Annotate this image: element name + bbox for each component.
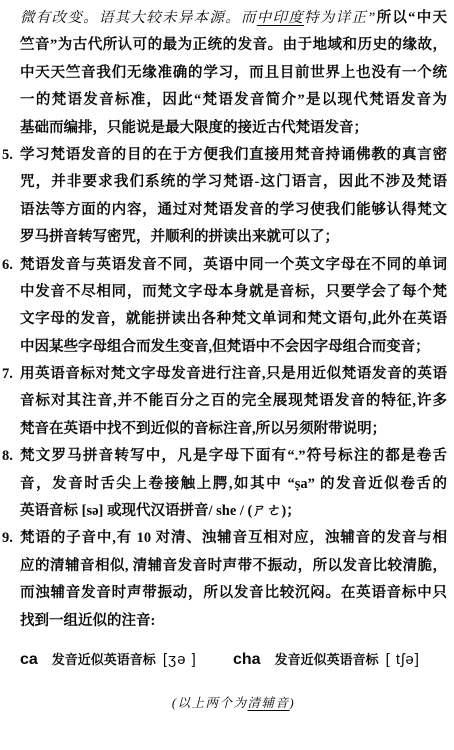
text-line: 用英语音标对梵文字母发音进行注音,只是用近似梵语发音的英语: [20, 361, 447, 388]
list-item-number: 9.: [2, 525, 13, 552]
list-item-number: 5.: [2, 142, 13, 169]
text-line: 文字母的发音，就能拼读出各种梵文单词和梵文语句,此外在英语: [20, 306, 447, 333]
numbered-list: 5.学习梵语发音的目的在于方便我们直接用梵音持诵佛教的真言密咒，并非要求我们系统…: [20, 142, 447, 635]
list-item: 6.梵语发音与英语发音不同，英语中同一个英文字母在不同的单词中发音不尽相同，而梵…: [20, 252, 447, 362]
phonetic-label: 发音近似英语音标: [52, 652, 156, 667]
text-line: 梵语的子音中,有 10 对清、浊辅音互相对应，浊辅音的发音与相: [20, 525, 447, 552]
list-item: 7.用英语音标对梵文字母发音进行注音,只是用近似梵语发音的英语音标对其注音,并不…: [20, 361, 447, 443]
footnote-underlined-term: 清辅音: [247, 696, 289, 710]
phonetic-label: 发音近似英语音标: [275, 652, 379, 667]
list-item-text: 梵文罗马拼音转写中，凡是字母下面有“.”符号标注的都是卷舌音，发音时舌尖上卷接触…: [20, 443, 447, 525]
list-item-number: 6.: [2, 252, 13, 279]
list-item-text: 用英语音标对梵文字母发音进行注音,只是用近似梵语发音的英语音标对其注音,并不能百…: [20, 361, 447, 443]
ipa-value-cha: [ tʃə]: [386, 651, 420, 668]
ipa-value-ca: [ʒə ]: [163, 651, 197, 668]
text-line: 梵音在英语中找不到近似的音标注音,所以另须附带说明；: [20, 416, 447, 443]
text-line: 而浊辅音发音时声带振动，所以发音比较沉闷。在英语音标中只: [20, 580, 447, 607]
list-item-number: 8.: [2, 443, 13, 470]
text-line: 一的梵语发音标准，因此“梵语发音简介”是以现代梵语发音为: [20, 87, 447, 114]
phonetic-examples-row: ca发音近似英语音标[ʒə ] cha发音近似英语音标[ tʃə]: [20, 649, 447, 669]
kai-underlined-term: 中印度: [257, 10, 304, 26]
text-line: 学习梵语发音的目的在于方便我们直接用梵音持诵佛教的真言密: [20, 142, 447, 169]
text-line: 英语音标 [sə] 或现代汉语拼音/ she / (ㄕㄜ)；: [20, 498, 447, 525]
intro-paragraph: 微有改变。语其大较未异本源。而中印度特为详正”所以“中天 竺音”为古代所认可的最…: [20, 5, 447, 142]
list-item-text: 学习梵语发音的目的在于方便我们直接用梵音持诵佛教的真言密咒，并非要求我们系统的学…: [20, 142, 447, 252]
text-line: 应的清辅音相似, 清辅音发音时声带不振动，所以发音比较清脆，: [20, 553, 447, 580]
list-item: 9.梵语的子音中,有 10 对清、浊辅音互相对应，浊辅音的发音与相应的清辅音相似…: [20, 525, 447, 635]
text-line: 语法等方面的内容，通过对梵语发音的学习使我们能够认得梵文: [20, 197, 447, 224]
text-line: 咒，并非要求我们系统的学习梵语-这门语言，因此不涉及梵语: [20, 169, 447, 196]
body-text-start: 所以“中天: [375, 10, 447, 26]
text-line: 梵语发音与英语发音不同，英语中同一个英文字母在不同的单词: [20, 252, 447, 279]
kai-quote-text: 微有改变。语其大较未异本源。而: [20, 10, 257, 26]
footnote-suffix: ): [290, 696, 296, 710]
phonetic-example-cha: cha发音近似英语音标[ tʃə]: [233, 649, 447, 669]
footnote: (以上两个为清辅音): [20, 693, 447, 711]
kai-quote-end: 特为详正”: [304, 10, 375, 26]
list-item: 8.梵文罗马拼音转写中，凡是字母下面有“.”符号标注的都是卷舌音，发音时舌尖上卷…: [20, 443, 447, 525]
book-page: 微有改变。语其大较未异本源。而中印度特为详正”所以“中天 竺音”为古代所认可的最…: [0, 0, 454, 750]
intro-first-line: 微有改变。语其大较未异本源。而中印度特为详正”所以“中天: [20, 5, 447, 32]
text-line: 音标对其注音,并不能百分之百的完全展现梵语发音的特征,许多: [20, 388, 447, 415]
text-line: 梵文罗马拼音转写中，凡是字母下面有“.”符号标注的都是卷舌: [20, 443, 447, 470]
text-line: 中天天竺音我们无缘准确的学习，而且目前世界上也没有一个统: [20, 60, 447, 87]
text-line: 找到一组近似的注音:: [20, 608, 447, 635]
intro-lines: 竺音”为古代所认可的最为正统的发音。由于地域和历史的缘故，中天天竺音我们无缘准确…: [20, 32, 447, 142]
list-item-number: 7.: [2, 361, 13, 388]
latin-syllable-cha: cha: [233, 651, 261, 668]
text-line: 中因某些字母组合而发生变音,但梵语中不会因字母组合而变音；: [20, 334, 447, 361]
list-item-text: 梵语发音与英语发音不同，英语中同一个英文字母在不同的单词中发音不尽相同，而梵文字…: [20, 252, 447, 362]
text-line: 中发音不尽相同，而梵文字母本身就是音标，只要学会了每个梵: [20, 279, 447, 306]
text-line: 竺音”为古代所认可的最为正统的发音。由于地域和历史的缘故，: [20, 32, 447, 59]
phonetic-example-ca: ca发音近似英语音标[ʒə ]: [20, 649, 233, 669]
footnote-prefix: (以上两个为: [172, 696, 248, 710]
latin-syllable-ca: ca: [20, 651, 38, 668]
text-line: 音，发音时舌尖上卷接触上腭,如其中 “ṣa” 的发音近似卷舌的: [20, 471, 447, 498]
list-item-text: 梵语的子音中,有 10 对清、浊辅音互相对应，浊辅音的发音与相应的清辅音相似, …: [20, 525, 447, 635]
text-line: 基础而编排，只能说是最大限度的接近古代梵语发音；: [20, 115, 447, 142]
text-line: 罗马拼音转写密咒，并顺利的拼读出来就可以了；: [20, 224, 447, 251]
list-item: 5.学习梵语发音的目的在于方便我们直接用梵音持诵佛教的真言密咒，并非要求我们系统…: [20, 142, 447, 252]
